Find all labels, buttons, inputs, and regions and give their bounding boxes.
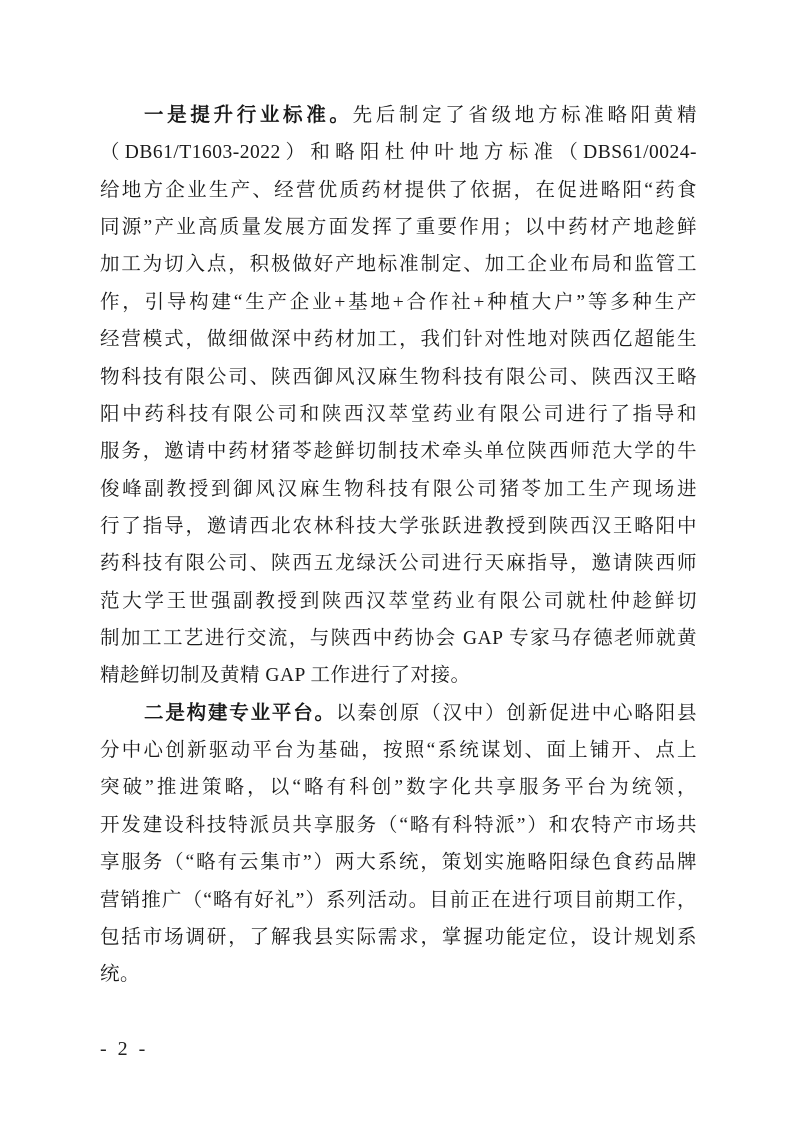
line-text: 服务，邀请中药材猪苓趁鲜切制技术牵头单位陕西师范大学的牛: [100, 441, 697, 462]
text-line: （DB61/T1603-2022）和略阳杜仲叶地方标准（DBS61/0024-2…: [100, 134, 697, 171]
text-line: 加工为切入点，积极做好产地标准制定、加工企业布局和监管工: [100, 246, 697, 283]
line-text: 经营模式，做细做深中药材加工，我们针对性地对陕西亿超能生: [100, 329, 697, 350]
text-line: 阳中药科技有限公司和陕西汉萃堂药业有限公司进行了指导和: [100, 396, 697, 433]
text-line: 药科技有限公司、陕西五龙绿沃公司进行天麻指导，邀请陕西师: [100, 545, 697, 582]
line-text: 以秦创原（汉中）创新促进中心略阳县: [336, 703, 697, 724]
text-line: 同源”产业高质量发展方面发挥了重要作用；以中药材产地趁鲜: [100, 209, 697, 246]
line-text: 范大学王世强副教授到陕西汉萃堂药业有限公司就杜仲趁鲜切: [100, 591, 697, 612]
text-line: 营销推广（“略有好礼”）系列活动。目前正在进行项目前期工作，: [100, 882, 697, 919]
text-line: 范大学王世强副教授到陕西汉萃堂药业有限公司就杜仲趁鲜切: [100, 583, 697, 620]
line-text: 享服务（“略有云集市”）两大系统，策划实施略阳绿色食药品牌: [100, 852, 697, 873]
text-line: 制加工工艺进行交流，与陕西中药协会 GAP 专家马存德老师就黄: [100, 620, 697, 657]
line-text: 行了指导，邀请西北农林科技大学张跃进教授到陕西汉王略阳中: [100, 516, 697, 537]
document-page: 一是提升行业标准。先后制定了省级地方标准略阳黄精（DB61/T1603-2022…: [0, 0, 793, 1122]
text-line: 作，引导构建“生产企业+基地+合作社+种植大户”等多种生产: [100, 284, 697, 321]
page-number: - 2 -: [100, 1038, 148, 1060]
paragraph-lead: 二是构建专业平台。: [144, 702, 336, 724]
text-line: 服务，邀请中药材猪苓趁鲜切制技术牵头单位陕西师范大学的牛: [100, 433, 697, 470]
text-line: 统。: [100, 956, 697, 993]
text-line: 物科技有限公司、陕西御风汉麻生物科技有限公司、陕西汉王略: [100, 359, 697, 396]
line-text: 物科技有限公司、陕西御风汉麻生物科技有限公司、陕西汉王略: [100, 367, 697, 388]
line-text: 统。: [100, 964, 140, 985]
line-text: 突破”推进策略，以“略有科创”数字化共享服务平台为统领，: [100, 777, 697, 798]
text-line: 包括市场调研，了解我县实际需求，掌握功能定位，设计规划系: [100, 919, 697, 956]
line-text: 制加工工艺进行交流，与陕西中药协会 GAP 专家马存德老师就黄: [100, 628, 697, 649]
text-line: 突破”推进策略，以“略有科创”数字化共享服务平台为统领，: [100, 769, 697, 806]
line-text: 作，引导构建“生产企业+基地+合作社+种植大户”等多种生产: [100, 292, 697, 313]
line-text: 阳中药科技有限公司和陕西汉萃堂药业有限公司进行了指导和: [100, 404, 697, 425]
text-line: 经营模式，做细做深中药材加工，我们针对性地对陕西亿超能生: [100, 321, 697, 358]
text-line: 享服务（“略有云集市”）两大系统，策划实施略阳绿色食药品牌: [100, 844, 697, 881]
text-line: 行了指导，邀请西北农林科技大学张跃进教授到陕西汉王略阳中: [100, 508, 697, 545]
text-line: 俊峰副教授到御风汉麻生物科技有限公司猪苓加工生产现场进: [100, 471, 697, 508]
line-text: 包括市场调研，了解我县实际需求，掌握功能定位，设计规划系: [100, 927, 697, 948]
line-text: 精趁鲜切制及黄精 GAP 工作进行了对接。: [100, 665, 471, 686]
line-text: 同源”产业高质量发展方面发挥了重要作用；以中药材产地趁鲜: [100, 217, 697, 238]
line-text: 加工为切入点，积极做好产地标准制定、加工企业布局和监管工: [100, 254, 697, 275]
line-text: 药科技有限公司、陕西五龙绿沃公司进行天麻指导，邀请陕西师: [100, 553, 697, 574]
paragraph-lead: 一是提升行业标准。: [144, 104, 353, 126]
line-text: 营销推广（“略有好礼”）系列活动。目前正在进行项目前期工作，: [100, 890, 697, 911]
page-footer: - 2 -: [100, 1038, 148, 1068]
line-text: 先后制定了省级地方标准略阳黄精: [353, 105, 697, 126]
line-text: （DB61/T1603-2022）和略阳杜仲叶地方标准（DBS61/0024-2…: [100, 142, 697, 171]
text-line: 一是提升行业标准。先后制定了省级地方标准略阳黄精: [100, 97, 697, 134]
text-line: 二是构建专业平台。以秦创原（汉中）创新促进中心略阳县: [100, 695, 697, 732]
line-text: 给地方企业生产、经营优质药材提供了依据，在促进略阳“药食: [100, 180, 697, 201]
line-text: 俊峰副教授到御风汉麻生物科技有限公司猪苓加工生产现场进: [100, 479, 697, 500]
text-line: 分中心创新驱动平台为基础，按照“系统谋划、面上铺开、点上: [100, 732, 697, 769]
text-line: 给地方企业生产、经营优质药材提供了依据，在促进略阳“药食: [100, 172, 697, 209]
text-line: 精趁鲜切制及黄精 GAP 工作进行了对接。: [100, 657, 697, 694]
text-line: 开发建设科技特派员共享服务（“略有科特派”）和农特产市场共: [100, 807, 697, 844]
line-text: 分中心创新驱动平台为基础，按照“系统谋划、面上铺开、点上: [100, 740, 697, 761]
document-body: 一是提升行业标准。先后制定了省级地方标准略阳黄精（DB61/T1603-2022…: [100, 97, 697, 994]
line-text: 开发建设科技特派员共享服务（“略有科特派”）和农特产市场共: [100, 815, 697, 836]
